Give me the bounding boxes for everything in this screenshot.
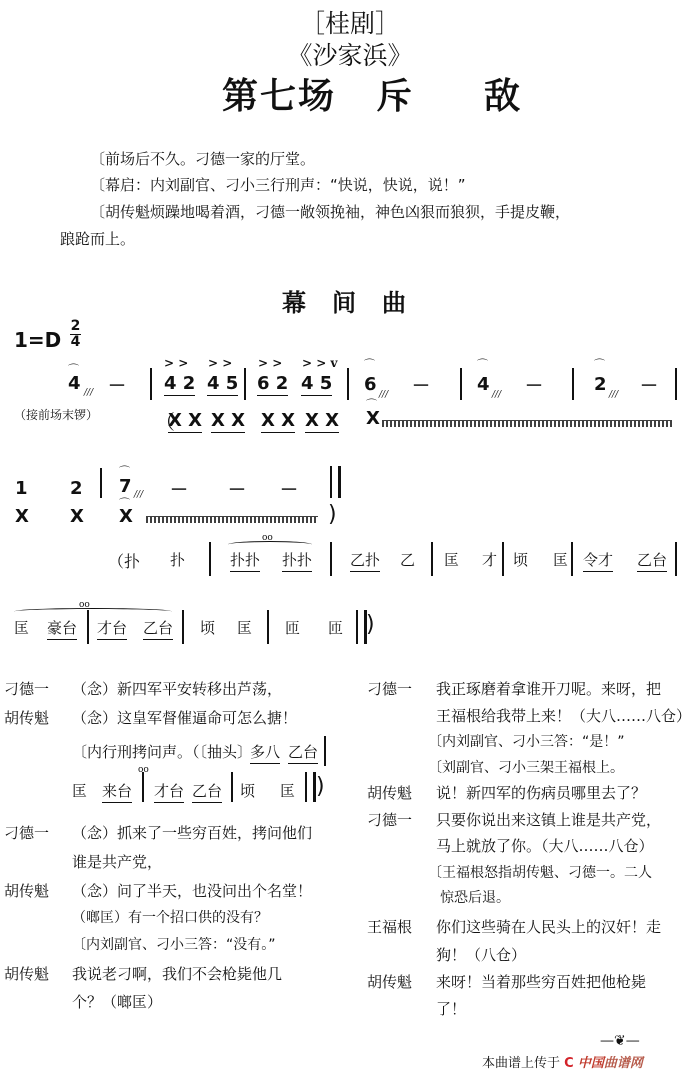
tremolo-icon: /// — [609, 390, 618, 400]
note-group: 6 2 — [257, 373, 288, 396]
perc-group: X X — [168, 410, 202, 433]
fermata-icon: ⌒ — [364, 356, 375, 372]
note: 2 — [594, 374, 607, 395]
role-name: 胡传魁 — [367, 782, 412, 803]
barline — [87, 610, 89, 644]
barline — [572, 368, 574, 400]
tremolo-icon: /// — [379, 390, 388, 400]
fermata-icon: ⌒ — [594, 356, 605, 372]
opera-title: 《沙家浜》 — [0, 36, 700, 72]
role-name: 王福根 — [367, 916, 412, 937]
role-name: 刁德一 — [4, 822, 49, 843]
key-signature: 1=D — [14, 328, 61, 352]
perc-syllable: 顷 — [513, 549, 528, 570]
dialogue-line: 你们这些骑在人民头上的汉奸！走 — [436, 916, 661, 937]
role-name: 胡传魁 — [367, 971, 412, 992]
dialogue-line: 王福根给我带上来！（大八……八仓） — [436, 705, 691, 726]
dash: － — [228, 476, 246, 502]
barline — [502, 542, 504, 576]
perc-syllable: 扑 — [170, 549, 185, 570]
stage-direction: 〔王福根怒指胡传魁、刁德一。二人 — [428, 862, 652, 882]
perc-syllable: 扑扑 — [230, 549, 260, 572]
upload-credit[interactable]: 本曲谱上传于 C 中国曲谱网 — [482, 1052, 643, 1071]
stage-direction: 〔内刘副官、刁小三答：“是！” — [428, 731, 625, 751]
perc-syllable: 乙 — [400, 549, 415, 570]
stage-direction: 〔幕启：内刘副官、刁小三行刑声：“快说，快说，说！” — [90, 174, 466, 195]
dash: － — [412, 372, 430, 398]
barline — [347, 368, 349, 400]
barline — [142, 772, 144, 802]
perc-note: X — [15, 506, 29, 527]
perc-syllable: 匡 — [14, 617, 29, 638]
tremolo-icon: /// — [84, 388, 93, 398]
accent-icon: > > — [208, 356, 232, 370]
barline — [150, 368, 152, 400]
roll-wave — [382, 420, 672, 427]
tremolo-icon: /// — [492, 390, 501, 400]
perc-group: X X — [261, 410, 295, 433]
site-logo-text-1: 中国 — [578, 1056, 604, 1071]
genre-label: ［桂剧］ — [0, 4, 700, 40]
dialogue-line: （念）抓来了一些穷百姓，拷问他们 — [72, 822, 312, 843]
open-mark: oo — [79, 600, 90, 610]
perc-syllable: 乙台 — [192, 780, 222, 803]
perc-syllable: 才台 — [97, 617, 127, 640]
perc-syllable: 才台 — [154, 780, 184, 803]
dialogue-line: 我说老刁啊，我们不会枪毙他几 — [72, 963, 282, 984]
time-sig-top: 2 — [70, 319, 81, 334]
perc-syllable: 乙台 — [143, 617, 173, 640]
site-logo-icon: C — [564, 1056, 574, 1071]
perc-syllable: 豪台 — [47, 617, 77, 640]
barline — [330, 542, 332, 576]
perc-syllable: （扑 — [108, 549, 140, 572]
accent-icon: > > — [258, 356, 282, 370]
paren: ) — [316, 774, 325, 799]
role-name: 胡传魁 — [4, 707, 49, 728]
scene-title: 第七场斥敌 — [222, 68, 522, 119]
role-name: 刁德一 — [367, 678, 412, 699]
perc-syllable: 匡 — [72, 780, 87, 801]
dialogue-line: 我正琢磨着拿谁开刀呢。来呀，把 — [436, 678, 661, 699]
section-title: 幕间曲 — [282, 283, 432, 318]
paren: ) — [328, 502, 337, 527]
perc-syllable: 匡 — [553, 549, 568, 570]
note: 1 — [15, 478, 28, 499]
stage-direction: 〔前场后不久。刁德一家的厅堂。 — [90, 148, 315, 169]
barline — [324, 736, 326, 766]
note-group: 4 5 — [301, 373, 332, 396]
stage-direction: 惊恐后退。 — [440, 887, 510, 907]
final-barline — [305, 772, 316, 802]
dialogue-line: 了！ — [436, 998, 466, 1019]
stage-direction: 〔内刘副官、刁小三答：“没有。” — [72, 934, 276, 954]
page-ornament-icon: —❦— — [600, 1033, 640, 1049]
site-logo-text-2: 曲谱网 — [604, 1056, 643, 1071]
dialogue-line: 狗！（八仓） — [436, 944, 526, 965]
perc-syllable: 顷 — [240, 780, 255, 801]
scene-number: 第七场 — [222, 76, 336, 117]
barline — [571, 542, 573, 576]
dialogue-line: 说！新四军的伤病员哪里去了？ — [436, 782, 646, 803]
role-name: 胡传魁 — [4, 880, 49, 901]
perc-syllable: 多八 — [250, 741, 280, 764]
note: 6 — [364, 374, 377, 395]
role-name: 刁德一 — [367, 809, 412, 830]
note-group: 4 5 — [207, 373, 238, 396]
role-name: 刁德一 — [4, 678, 49, 699]
dash: － — [280, 476, 298, 502]
perc-syllable: 乙台 — [637, 549, 667, 572]
dialogue-line: 个？（啷匡） — [72, 991, 162, 1012]
perc-note: X — [119, 506, 133, 527]
barline — [675, 368, 677, 400]
scene-title-char-1: 斥 — [376, 76, 414, 117]
accent-icon: > > — [164, 356, 188, 370]
dialogue-line: （念）这皇军督催逼命可怎么搪！ — [72, 707, 297, 728]
note: 4 — [477, 374, 490, 395]
accent-icon: > > v — [302, 356, 337, 370]
time-signature: 2 4 — [70, 319, 81, 350]
dialogue-line: （啷匡）有一个招口供的没有？ — [72, 907, 268, 927]
scene-title-char-2: 敌 — [484, 76, 522, 117]
perc-syllable: 乙扑 — [350, 549, 380, 572]
dialogue-line: 谁是共产党， — [72, 851, 162, 872]
perc-syllable: 匝 — [285, 617, 300, 638]
final-barline — [330, 466, 341, 498]
paren: ) — [366, 612, 375, 637]
barline — [267, 610, 269, 644]
cue-label: （接前场末锣） — [14, 406, 98, 423]
perc-group: X X — [211, 410, 245, 433]
perc-syllable: 才 — [482, 549, 497, 570]
stage-direction: 〔胡传魁烦躁地喝着酒，刁德一敞领挽袖，神色凶狠而狼狈，手提皮鞭， — [90, 201, 570, 222]
perc-syllable: 顷 — [200, 617, 215, 638]
note: 2 — [70, 478, 83, 499]
note: 4 — [68, 373, 81, 394]
note-group: 4 2 — [164, 373, 195, 396]
barline — [675, 542, 677, 576]
perc-syllable: 匡 — [280, 780, 295, 801]
perc-note: X — [366, 408, 380, 429]
time-sig-bottom: 4 — [70, 335, 81, 350]
dash: － — [108, 372, 126, 398]
slur — [14, 608, 172, 615]
barline — [431, 542, 433, 576]
roll-wave — [146, 516, 318, 523]
perc-syllable: 乙台 — [288, 741, 318, 764]
barline — [209, 542, 211, 576]
perc-syllable: 匡 — [237, 617, 252, 638]
stage-direction: 〔内行刑拷问声。（〔抽头〕 — [72, 741, 252, 762]
tremolo-icon: /// — [134, 490, 143, 500]
dash: － — [170, 476, 188, 502]
dialogue-line: 只要你说出来这镇上谁是共产党， — [436, 809, 661, 830]
stage-direction: 踉跄而上。 — [60, 228, 135, 249]
perc-syllable: 令才 — [583, 549, 613, 572]
perc-note: X — [70, 506, 84, 527]
dialogue-line: 马上就放了你。（大八……八仓） — [436, 835, 654, 856]
dash: － — [640, 372, 658, 398]
barline — [182, 610, 184, 644]
barline — [460, 368, 462, 400]
dialogue-line: （念）新四军平安转移出芦荡， — [72, 678, 282, 699]
barline — [244, 368, 246, 400]
perc-syllable: 匝 — [328, 617, 343, 638]
perc-syllable: 匡 — [444, 549, 459, 570]
fermata-icon: ⌒ — [477, 356, 488, 372]
perc-group: X X — [305, 410, 339, 433]
perc-syllable: 来台 — [102, 780, 132, 803]
barline — [231, 772, 233, 802]
note: 7 — [119, 476, 132, 497]
open-mark: oo — [262, 533, 273, 543]
barline — [100, 468, 102, 498]
dialogue-line: （念）问了半天，也没问出个名堂！ — [72, 880, 312, 901]
perc-syllable: 扑扑 — [282, 549, 312, 572]
dialogue-line: 来呀！当着那些穷百姓把他枪毙 — [436, 971, 646, 992]
dash: － — [525, 372, 543, 398]
upload-text: 本曲谱上传于 — [482, 1056, 560, 1071]
stage-direction: 〔刘副官、刁小三架王福根上。 — [428, 757, 624, 777]
role-name: 胡传魁 — [4, 963, 49, 984]
